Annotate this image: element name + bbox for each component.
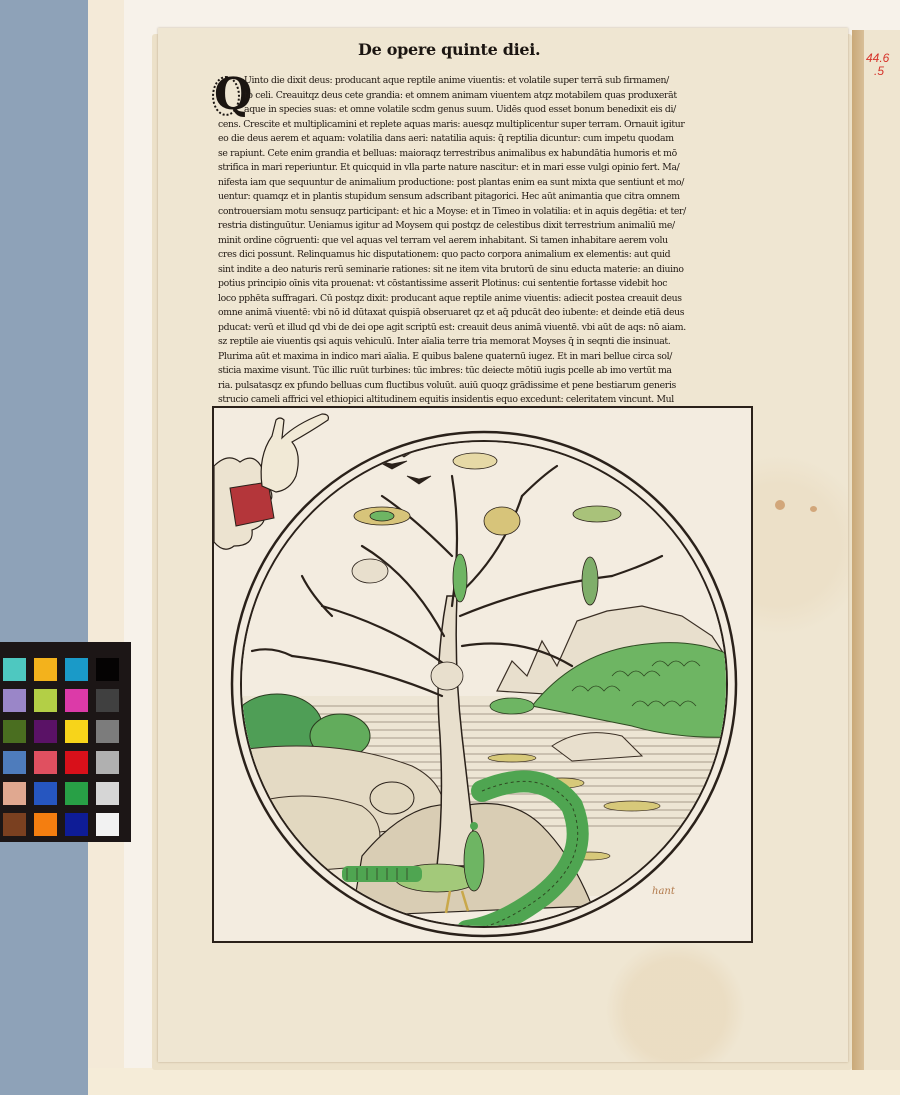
text-line: se rapiunt. Cete enim grandia et belluas…: [218, 147, 766, 162]
scan-backdrop-blue: [0, 0, 88, 1095]
text-line: minit ordine cōgruenti: que vel aquas ve…: [218, 234, 766, 249]
color-swatch: [3, 782, 26, 805]
color-swatch: [3, 658, 26, 681]
text-line: pducat: verū et illud qd vbi de dei ope …: [218, 321, 766, 336]
color-swatch: [34, 720, 57, 743]
text-line: potius principio oīnis vita prouenat: vt…: [218, 277, 766, 292]
color-swatch: [34, 782, 57, 805]
text-line: controuersiam motu sensuqz participant: …: [218, 205, 766, 220]
page-title: De opere quinte diei.: [358, 40, 540, 59]
text-line: omne animā viuentē: vbi nō id dūtaxat qu…: [218, 306, 766, 321]
color-swatch: [96, 782, 119, 805]
text-line: ria. pulsatasqz ex pfundo belluas cum fl…: [218, 379, 766, 394]
text-line: aque in species suas: et omne volatile s…: [218, 103, 766, 118]
color-swatch: [65, 720, 88, 743]
body-text: Uinto die dixit deus: producant aque rep…: [218, 74, 766, 422]
color-swatch: [3, 813, 26, 836]
color-swatch: [34, 751, 57, 774]
text-line: eo die deus aerem et aquam: volatilia da…: [218, 132, 766, 147]
color-swatch: [3, 720, 26, 743]
text-line: sz reptile aie viuentis qsi aquis vehicu…: [218, 335, 766, 350]
color-swatch: [3, 689, 26, 712]
color-swatch: [96, 658, 119, 681]
color-swatch: [34, 658, 57, 681]
text-line: Uinto die dixit deus: producant aque rep…: [218, 74, 766, 89]
shelfmark-annotation: 44.6 .5: [866, 52, 889, 78]
color-swatch: [65, 813, 88, 836]
text-line: cens. Crescite et multiplicamini et repl…: [218, 118, 766, 133]
color-swatch: [3, 751, 26, 774]
color-swatch: [96, 813, 119, 836]
color-swatch: [96, 720, 119, 743]
text-line: sticia maxime visunt. Tūc illic ruūt tur…: [218, 364, 766, 379]
scan-bottom-strip: [88, 1068, 900, 1095]
text-line: restria distinguūtur. Ueniamus igitur ad…: [218, 219, 766, 234]
text-line: strifica in mari reperiuntur. Et quicqui…: [218, 161, 766, 176]
binding-gutter: [852, 30, 864, 1070]
color-swatch: [65, 658, 88, 681]
woodcut-illustration: [212, 406, 753, 943]
woodcut-signature: hant: [652, 886, 675, 897]
color-swatch: [34, 813, 57, 836]
text-line: uentur: quamqz et in plantis stupidum se…: [218, 190, 766, 205]
color-swatch: [65, 782, 88, 805]
color-swatch: [34, 689, 57, 712]
shelfmark-line-2: .5: [866, 65, 889, 78]
text-line: Plurima aūt et maxima in indico mari aīa…: [218, 350, 766, 365]
foxing-stain: [810, 506, 817, 512]
text-line: sint indite a deo naturis rerū seminarie…: [218, 263, 766, 278]
color-swatch: [65, 689, 88, 712]
scan-mount-strip: [88, 0, 124, 1095]
color-swatch: [65, 751, 88, 774]
text-line: cres dici possunt. Relinquamus hic dispu…: [218, 248, 766, 263]
color-swatch: [96, 689, 119, 712]
text-line: nifesta iam que sequuntur de animalium p…: [218, 176, 766, 191]
text-line: to celi. Creauitqz deus cete grandia: et…: [218, 89, 766, 104]
color-calibration-chart: [0, 642, 131, 842]
text-line: loco pphēta suffragari. Cū postqz dixit:…: [218, 292, 766, 307]
foxing-stain: [775, 500, 785, 510]
color-swatch: [96, 751, 119, 774]
